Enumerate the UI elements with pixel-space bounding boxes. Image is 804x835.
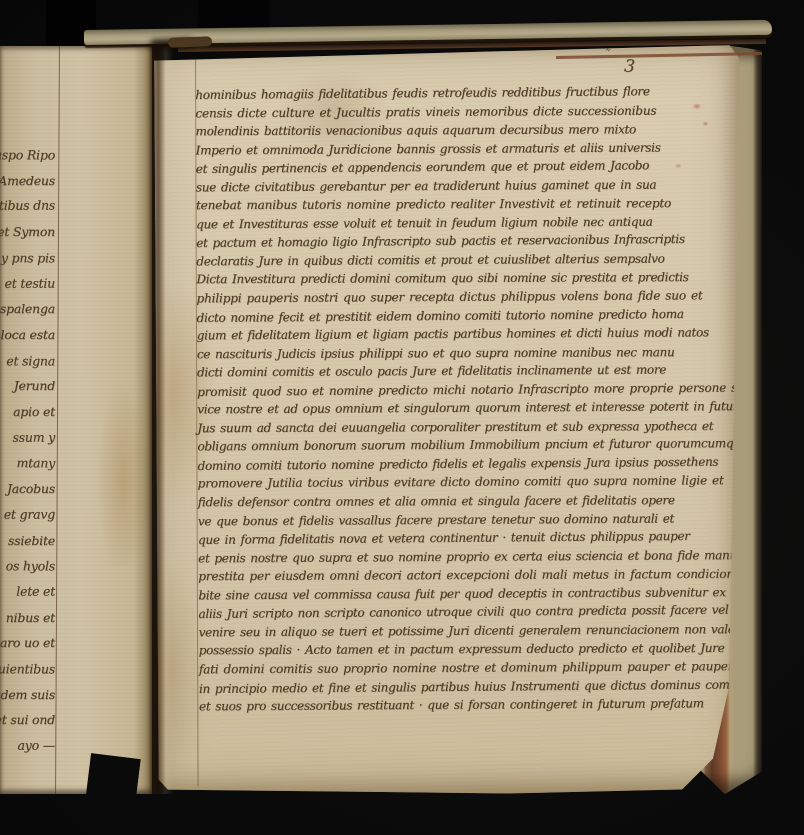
left-page-line-fragment: natibus dns [0, 193, 55, 220]
left-page-line-fragment: Jerund [0, 373, 55, 399]
gutter-shadow [144, 46, 174, 794]
left-page-line-fragment: uientibus [0, 656, 55, 683]
left-page-line-fragment: et signa [0, 347, 55, 374]
left-page-line-fragment: et Symon [0, 219, 55, 245]
left-page-line-fragment: ayo — [0, 733, 55, 760]
left-page-line-fragment: mtany [0, 450, 55, 477]
left-page-sliver: g caspo RipoAmedeusnatibus dnset Symony … [0, 46, 152, 794]
manuscript-text-line: Dicta Investitura predicti domini comitu… [196, 268, 732, 289]
headband-knot [168, 36, 212, 48]
folio-number-flourish: ʺ [602, 46, 612, 60]
manuscript-text-line: tenebat manibus tutoris nomine predicto … [196, 194, 732, 215]
manuscript-text-line: prestita per eiusdem omni decori actori … [198, 565, 734, 586]
left-page-line-fragment: quidem suis [0, 682, 55, 708]
left-page-line-fragment: Amedeus [0, 168, 55, 194]
left-page-line-fragment: lete et [0, 578, 55, 605]
gutter-bottom-notch [85, 753, 140, 807]
left-page-line-fragment: os hyols [0, 553, 55, 580]
left-page-ruling-line [55, 46, 60, 794]
left-page-line-fragment: estaro uo et [0, 630, 55, 656]
left-page-line-fragment: n et testiu [0, 270, 55, 297]
folio-number: 3 [623, 56, 635, 77]
left-page-line-fragment: y pns pis [0, 244, 55, 271]
manuscript-text-block: hominibus homagiis fidelitatibus feudis … [195, 82, 735, 716]
left-page-line-fragment: s espalenga [0, 296, 55, 322]
manuscript-text-line: possessio spalis · Acto tamen et in pact… [199, 639, 735, 660]
manuscript-text-line: molendinis battitoriis venacionibus aqui… [195, 120, 731, 141]
manuscript-text-line: promovere Jutilia tocius viribus evitare… [198, 472, 734, 494]
left-page-line-fragment: nibus et [0, 605, 55, 631]
left-page-line-fragment: loca esta [0, 322, 55, 348]
left-page-line-fragment: ssiebite [0, 528, 55, 554]
manuscript-text-line: dicto nomine fecit et prestitit eidem do… [197, 304, 733, 327]
manuscript-text-line: ce nascituris Judicis ipsius philippi su… [197, 343, 733, 364]
left-page-line-fragment: et sui ond [0, 707, 55, 733]
left-page-marginal-text: g caspo RipoAmedeusnatibus dnset Symony … [0, 142, 55, 759]
left-page-line-fragment: et gravg [0, 501, 55, 528]
main-page: ʺ 3 hominibus homagiis fidelitatibus feu… [154, 45, 744, 796]
water-stain [96, 376, 150, 566]
left-page-line-fragment: g caspo Ripo [0, 142, 55, 169]
left-page-line-fragment: ssum y [0, 424, 55, 451]
manuscript-text-line: censis dicte culture et Jucultis pratis … [195, 101, 731, 123]
manuscript-text-line: fidelis defensor contra omnes et alia om… [198, 491, 734, 512]
manuscript-text-line: Jus suum ad sancta dei euuangelia corpor… [197, 417, 733, 438]
left-page-line-fragment: apio et [0, 399, 55, 425]
left-page-line-fragment: Jacobus [0, 476, 55, 502]
manuscript-photo: g caspo RipoAmedeusnatibus dnset Symony … [0, 0, 804, 835]
manuscript-text-line: in principio medio et fine et singulis p… [199, 675, 735, 698]
